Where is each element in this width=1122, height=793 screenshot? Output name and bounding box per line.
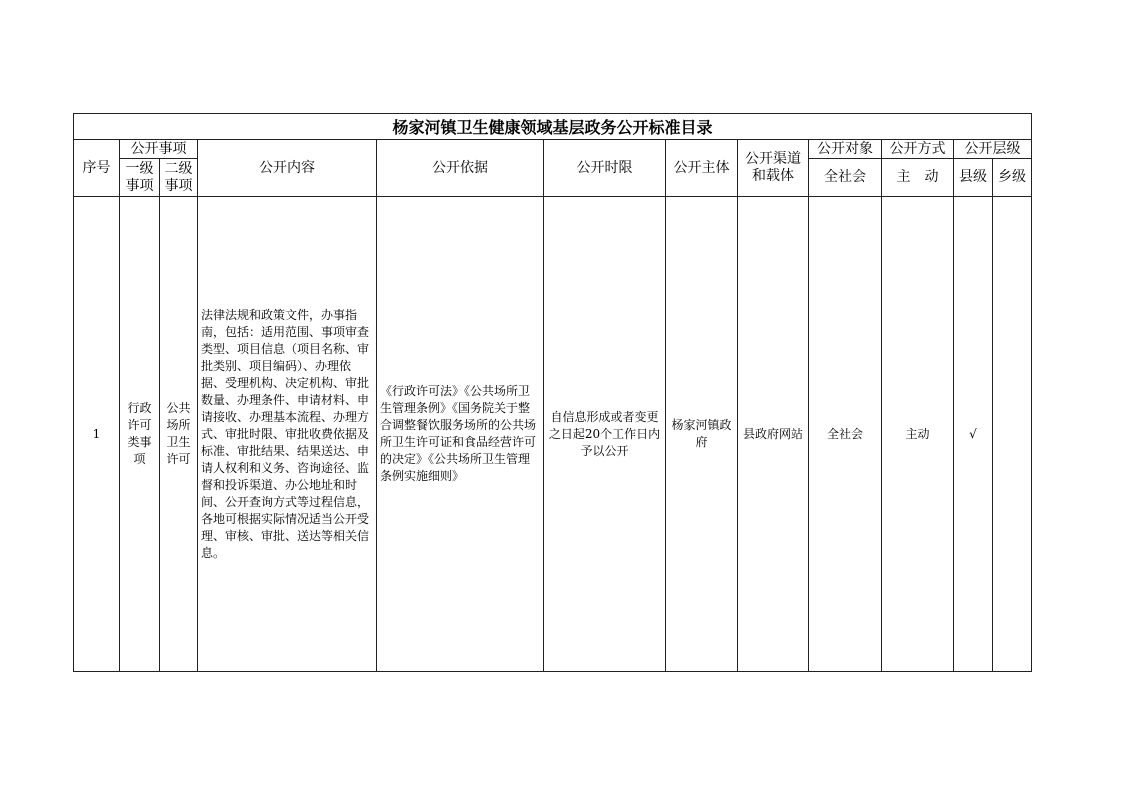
- header-level2: 二级事项: [160, 159, 198, 197]
- header-township: 乡级: [993, 159, 1032, 197]
- cell-basis: 《行政许可法》《公共场所卫生管理条例》《国务院关于整合调整餐饮服务场所的公共场所…: [377, 197, 544, 672]
- header-basis: 公开依据: [377, 140, 544, 197]
- cell-level1: 行政许可类事项: [120, 197, 160, 672]
- cell-index: 1: [74, 197, 120, 672]
- header-target-group: 公开对象: [809, 140, 882, 159]
- cell-county: √: [954, 197, 993, 672]
- cell-township: [993, 197, 1032, 672]
- disclosure-catalog-table: 杨家河镇卫生健康领域基层政务公开标准目录 序号 公开事项 公开内容 公开依据 公…: [73, 113, 1032, 672]
- cell-level2: 公共场所卫生许可: [160, 197, 198, 672]
- header-level-group: 公开层级: [954, 140, 1032, 159]
- header-channel: 公开渠道和载体: [738, 140, 809, 197]
- cell-time-limit: 自信息形成或者变更之日起20个工作日内予以公开: [544, 197, 666, 672]
- header-time-limit: 公开时限: [544, 140, 666, 197]
- header-subject: 公开主体: [666, 140, 738, 197]
- cell-content: 法律法规和政策文件，办事指南，包括：适用范围、事项审查类型、项目信息（项目名称、…: [198, 197, 377, 672]
- cell-target: 全社会: [809, 197, 882, 672]
- header-target: 全社会: [809, 159, 882, 197]
- header-index: 序号: [74, 140, 120, 197]
- table-row: 1 行政许可类事项 公共场所卫生许可 法律法规和政策文件，办事指南，包括：适用范…: [74, 197, 1032, 672]
- header-matter-group: 公开事项: [120, 140, 198, 159]
- cell-subject: 杨家河镇政府: [666, 197, 738, 672]
- cell-method: 主动: [882, 197, 954, 672]
- header-content: 公开内容: [198, 140, 377, 197]
- header-county: 县级: [954, 159, 993, 197]
- header-method-group: 公开方式: [882, 140, 954, 159]
- header-method: 主 动: [882, 159, 954, 197]
- header-level1: 一级事项: [120, 159, 160, 197]
- table-title: 杨家河镇卫生健康领域基层政务公开标准目录: [74, 114, 1032, 140]
- cell-channel: 县政府网站: [738, 197, 809, 672]
